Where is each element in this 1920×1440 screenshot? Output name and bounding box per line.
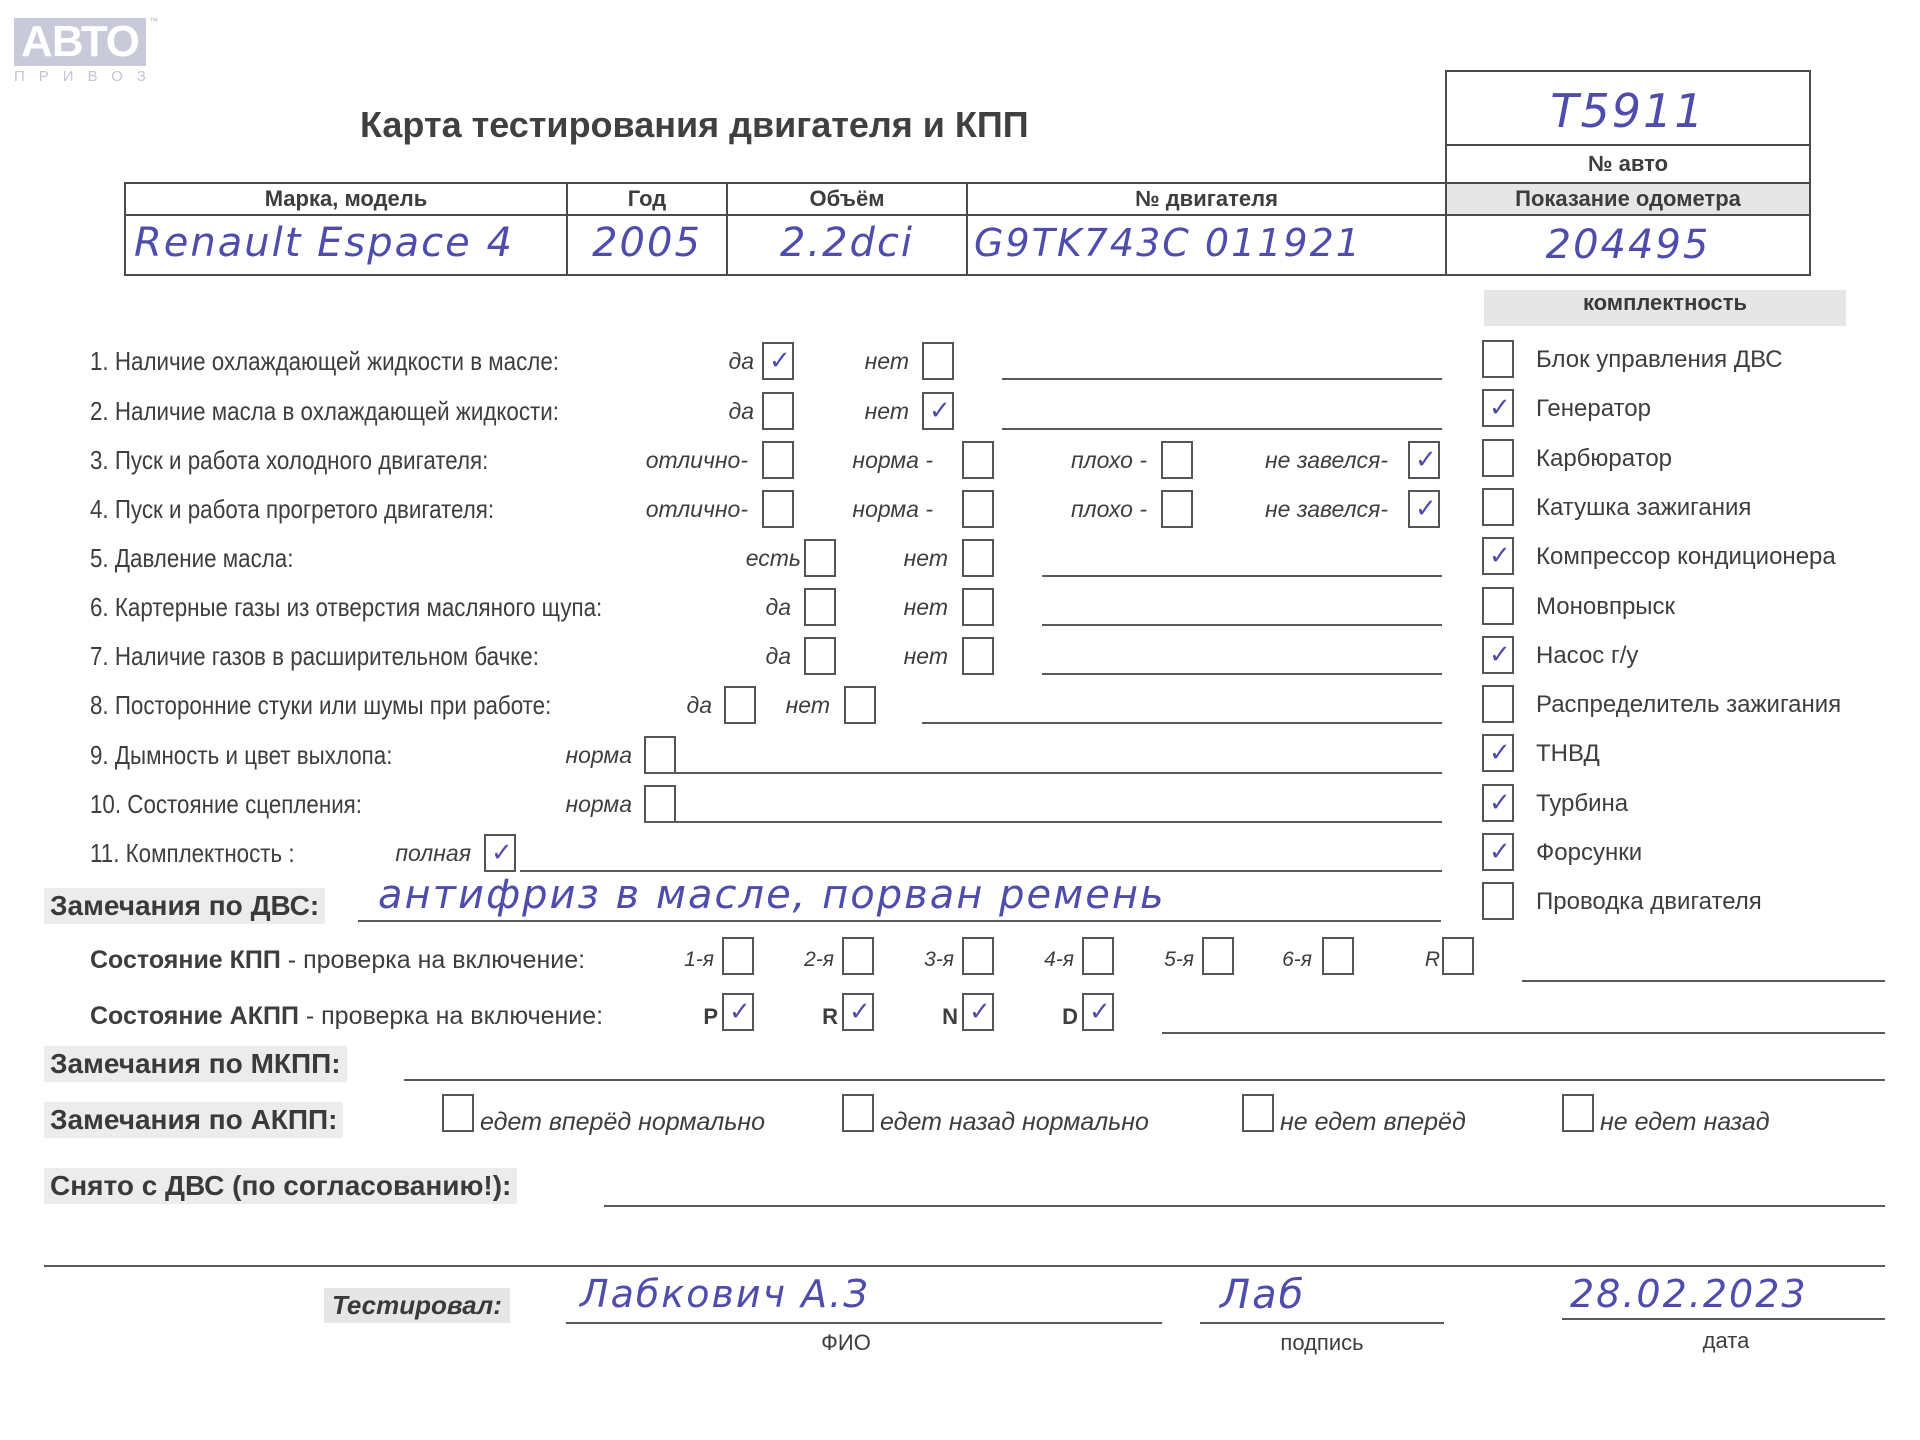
- completeness-checkbox[interactable]: [1482, 340, 1514, 378]
- completeness-checkbox[interactable]: [1482, 685, 1514, 723]
- completeness-label: Катушка зажигания: [1536, 494, 1751, 522]
- year-value[interactable]: 2005: [568, 214, 726, 272]
- completeness-label: Турбина: [1536, 790, 1628, 818]
- gear-checkbox[interactable]: [1202, 937, 1234, 975]
- question-text: 11. Комплектность :: [90, 838, 295, 869]
- completeness-label: Насос г/у: [1536, 642, 1638, 670]
- position-label: D: [1020, 1004, 1078, 1030]
- brand-logo: АВТО: [14, 18, 146, 66]
- car-number-label: № авто: [1445, 144, 1811, 184]
- position-label: P: [660, 1004, 718, 1030]
- option-label: норма -: [737, 496, 933, 523]
- completeness-checkbox[interactable]: [1482, 636, 1514, 674]
- name-caption: ФИО: [766, 1330, 926, 1356]
- signature-caption: подпись: [1242, 1330, 1402, 1356]
- option-checkbox[interactable]: [922, 342, 954, 380]
- option-label: норма: [436, 742, 632, 769]
- position-checkbox[interactable]: [962, 993, 994, 1031]
- car-number-box: T5911: [1445, 70, 1811, 146]
- option-label: отлично-: [552, 496, 748, 523]
- option-checkbox[interactable]: [484, 834, 516, 872]
- completeness-item[interactable]: Насос г/у: [1482, 636, 1902, 676]
- checklist-row: 1. Наличие охлаждающей жидкости в масле:…: [0, 342, 1460, 382]
- question-text: 10. Состояние сцепления:: [90, 789, 362, 820]
- vehicle-info-table: Марка, модель Renault Espace 4 Год 2005 …: [124, 182, 1811, 276]
- checklist-row: 10. Состояние сцепления:норма: [0, 785, 1460, 825]
- comment-line[interactable]: [1042, 624, 1442, 626]
- completeness-label: Карбюратор: [1536, 445, 1672, 473]
- option-label: нет: [752, 643, 948, 670]
- completeness-item[interactable]: Генератор: [1482, 389, 1902, 429]
- signature-line: [1200, 1322, 1444, 1324]
- akpp-remark-checkbox[interactable]: [842, 1094, 874, 1132]
- mkpp-remarks-label: Замечания по МКПП:: [44, 1046, 347, 1082]
- position-checkbox[interactable]: [1082, 993, 1114, 1031]
- gear-label: 2-я: [760, 948, 834, 972]
- comment-line[interactable]: [922, 722, 1442, 724]
- car-number-value[interactable]: T5911: [1447, 84, 1809, 138]
- engine-number-cell: № двигателя G9TK743C 011921: [968, 184, 1447, 274]
- gear-label: 6-я: [1238, 948, 1312, 972]
- volume-cell: Объём 2.2dci: [728, 184, 968, 274]
- gear-checkbox[interactable]: [842, 937, 874, 975]
- question-text: 4. Пуск и работа прогретого двигателя:: [90, 494, 494, 525]
- make-model-value[interactable]: Renault Espace 4: [126, 214, 566, 272]
- mkpp-remarks-line[interactable]: [404, 1079, 1885, 1081]
- make-model-cell: Марка, модель Renault Espace 4: [126, 184, 568, 274]
- engine-remarks-label: Замечания по ДВС:: [44, 888, 325, 924]
- option-checkbox[interactable]: [1161, 441, 1193, 479]
- completeness-label: Блок управления ДВС: [1536, 346, 1783, 374]
- gear-label: 3-я: [880, 948, 954, 972]
- position-checkbox[interactable]: [722, 993, 754, 1031]
- checklist-row: 11. Комплектность :полная: [0, 834, 1460, 874]
- brand-subtitle: ПРИВОЗ: [14, 68, 150, 85]
- removed-label: Снято с ДВС (по согласованию!):: [44, 1168, 517, 1204]
- checklist-row: 4. Пуск и работа прогретого двигателя:от…: [0, 490, 1460, 530]
- gear-checkbox[interactable]: [1082, 937, 1114, 975]
- position-checkbox[interactable]: [842, 993, 874, 1031]
- question-text: 5. Давление масла:: [90, 543, 293, 574]
- manual-gearbox-subtitle: - проверка на включение:: [281, 946, 585, 974]
- name-line: [566, 1322, 1162, 1324]
- option-checkbox[interactable]: [1408, 490, 1440, 528]
- make-model-label: Марка, модель: [126, 184, 566, 214]
- manual-gearbox-title: Состояние КПП: [90, 946, 281, 974]
- completeness-label: Форсунки: [1536, 839, 1642, 867]
- option-label: отлично-: [552, 447, 748, 474]
- engine-number-label: № двигателя: [968, 184, 1445, 214]
- date-caption: дата: [1646, 1328, 1806, 1354]
- test-date[interactable]: 28.02.2023: [1570, 1272, 1808, 1316]
- gear-checkbox[interactable]: [1442, 937, 1474, 975]
- page-title: Карта тестирования двигателя и КПП: [360, 104, 1029, 146]
- question-text: 1. Наличие охлаждающей жидкости в масле:: [90, 346, 559, 377]
- year-label: Год: [568, 184, 726, 214]
- question-text: 3. Пуск и работа холодного двигателя:: [90, 445, 488, 476]
- auto-gearbox-title: Состояние АКПП: [90, 1002, 299, 1030]
- odometer-label: Показание одометра: [1447, 184, 1809, 214]
- manual-gearbox-line: [1522, 980, 1885, 982]
- option-label: норма -: [737, 447, 933, 474]
- position-label: N: [900, 1004, 958, 1030]
- checklist-row: 5. Давление масла:естьнет: [0, 539, 1460, 579]
- option-checkbox[interactable]: [1161, 490, 1193, 528]
- completeness-item[interactable]: Катушка зажигания: [1482, 488, 1902, 528]
- completeness-title: комплектность: [1484, 290, 1846, 326]
- question-text: 6. Картерные газы из отверстия масляного…: [90, 592, 602, 623]
- year-cell: Год 2005: [568, 184, 728, 274]
- completeness-checkbox[interactable]: [1482, 882, 1514, 920]
- completeness-item[interactable]: Турбина: [1482, 784, 1902, 824]
- checklist-row: 2. Наличие масла в охлаждающей жидкости:…: [0, 392, 1460, 432]
- question-text: 7. Наличие газов в расширительном бачке:: [90, 641, 539, 672]
- option-label: нет: [752, 545, 948, 572]
- completeness-label: Распределитель зажигания: [1536, 691, 1841, 719]
- option-checkbox[interactable]: [962, 539, 994, 577]
- auto-gearbox-subtitle: - проверка на включение:: [299, 1002, 603, 1030]
- akpp-remark-label: едет назад нормально: [880, 1108, 1149, 1137]
- odometer-cell: Показание одометра: [1447, 184, 1809, 214]
- completeness-label: Генератор: [1536, 395, 1651, 423]
- question-text: 2. Наличие масла в охлаждающей жидкости:: [90, 396, 559, 427]
- tester-signature[interactable]: Лаб: [1220, 1272, 1305, 1318]
- option-checkbox[interactable]: [1408, 441, 1440, 479]
- engine-number-value[interactable]: G9TK743C 011921: [968, 214, 1445, 272]
- completeness-label: Компрессор кондиционера: [1536, 543, 1836, 571]
- question-text: 9. Дымность и цвет выхлопа:: [90, 740, 392, 771]
- tester-name[interactable]: Лабкович А.З: [580, 1272, 870, 1316]
- akpp-remark-label: не едет назад: [1600, 1108, 1770, 1137]
- divider: [44, 1265, 1885, 1267]
- completeness-checkbox[interactable]: [1482, 389, 1514, 427]
- completeness-item[interactable]: Карбюратор: [1482, 439, 1902, 479]
- akpp-remark-checkbox[interactable]: [1562, 1094, 1594, 1132]
- option-label: нет: [752, 594, 948, 621]
- completeness-item[interactable]: Проводка двигателя: [1482, 882, 1902, 922]
- checklist-row: 9. Дымность и цвет выхлопа:норма: [0, 736, 1460, 776]
- completeness-checkbox[interactable]: [1482, 488, 1514, 526]
- checklist-row: 8. Посторонние стуки или шумы при работе…: [0, 686, 1460, 726]
- manual-gearbox-label: Состояние КПП - проверка на включение:: [90, 946, 585, 975]
- date-line: [1562, 1318, 1885, 1320]
- option-label: нет: [713, 348, 909, 375]
- akpp-remark-checkbox[interactable]: [442, 1094, 474, 1132]
- completeness-label: Моновпрыск: [1536, 593, 1675, 621]
- trademark: ™: [149, 16, 158, 26]
- completeness-checkbox[interactable]: [1482, 537, 1514, 575]
- option-checkbox[interactable]: [644, 736, 676, 774]
- option-checkbox[interactable]: [962, 637, 994, 675]
- completeness-checkbox[interactable]: [1482, 833, 1514, 871]
- auto-gearbox-label: Состояние АКПП - проверка на включение:: [90, 1002, 603, 1031]
- akpp-remarks-label: Замечания по АКПП:: [44, 1102, 343, 1138]
- checklist-row: 3. Пуск и работа холодного двигателя:отл…: [0, 441, 1460, 481]
- volume-value[interactable]: 2.2dci: [728, 214, 966, 272]
- gear-label: R: [1366, 948, 1440, 972]
- engine-remarks-line: [358, 920, 1441, 922]
- gear-label: 4-я: [1000, 948, 1074, 972]
- completeness-item[interactable]: Блок управления ДВС: [1482, 340, 1902, 380]
- comment-line[interactable]: [1042, 673, 1442, 675]
- gear-label: 5-я: [1120, 948, 1194, 972]
- comment-line[interactable]: [1002, 428, 1442, 430]
- checklist-row: 6. Картерные газы из отверстия масляного…: [0, 588, 1460, 628]
- completeness-item[interactable]: ТНВД: [1482, 734, 1902, 774]
- checklist-row: 7. Наличие газов в расширительном бачке:…: [0, 637, 1460, 677]
- gear-checkbox[interactable]: [722, 937, 754, 975]
- gear-checkbox[interactable]: [962, 937, 994, 975]
- option-checkbox[interactable]: [962, 588, 994, 626]
- comment-line[interactable]: [1042, 575, 1442, 577]
- completeness-label: ТНВД: [1536, 740, 1600, 768]
- auto-gearbox-line: [1162, 1032, 1885, 1034]
- completeness-checkbox[interactable]: [1482, 439, 1514, 477]
- akpp-remark-checkbox[interactable]: [1242, 1094, 1274, 1132]
- completeness-item[interactable]: Компрессор кондиционера: [1482, 537, 1902, 577]
- odometer-value[interactable]: 204495: [1447, 216, 1809, 274]
- comment-line[interactable]: [1002, 378, 1442, 380]
- completeness-checkbox[interactable]: [1482, 734, 1514, 772]
- option-label: не завелся-: [1192, 447, 1388, 474]
- completeness-label: Проводка двигателя: [1536, 888, 1762, 916]
- option-label: нет: [634, 692, 830, 719]
- option-label: не завелся-: [1192, 496, 1388, 523]
- akpp-remark-label: не едет вперёд: [1280, 1108, 1466, 1137]
- completeness-checkbox[interactable]: [1482, 784, 1514, 822]
- akpp-remark-label: едет вперёд нормально: [480, 1108, 765, 1137]
- removed-line[interactable]: [604, 1205, 1885, 1207]
- option-checkbox[interactable]: [644, 785, 676, 823]
- gear-label: 1-я: [640, 948, 714, 972]
- completeness-item[interactable]: Распределитель зажигания: [1482, 685, 1902, 725]
- volume-label: Объём: [728, 184, 966, 214]
- comment-line[interactable]: [644, 821, 1442, 823]
- option-label: плохо -: [951, 447, 1147, 474]
- option-checkbox[interactable]: [844, 686, 876, 724]
- question-text: 8. Посторонние стуки или шумы при работе…: [90, 690, 551, 721]
- gear-checkbox[interactable]: [1322, 937, 1354, 975]
- comment-line[interactable]: [644, 772, 1442, 774]
- option-label: плохо -: [951, 496, 1147, 523]
- completeness-checkbox[interactable]: [1482, 587, 1514, 625]
- completeness-item[interactable]: Моновпрыск: [1482, 587, 1902, 627]
- option-checkbox[interactable]: [922, 392, 954, 430]
- option-label: полная: [275, 840, 471, 867]
- position-label: R: [780, 1004, 838, 1030]
- tested-by-label: Тестировал:: [324, 1288, 510, 1323]
- completeness-item[interactable]: Форсунки: [1482, 833, 1902, 873]
- option-label: нет: [713, 398, 909, 425]
- option-label: норма: [436, 791, 632, 818]
- engine-remarks-value[interactable]: антифриз в масле, порван ремень: [378, 872, 1166, 918]
